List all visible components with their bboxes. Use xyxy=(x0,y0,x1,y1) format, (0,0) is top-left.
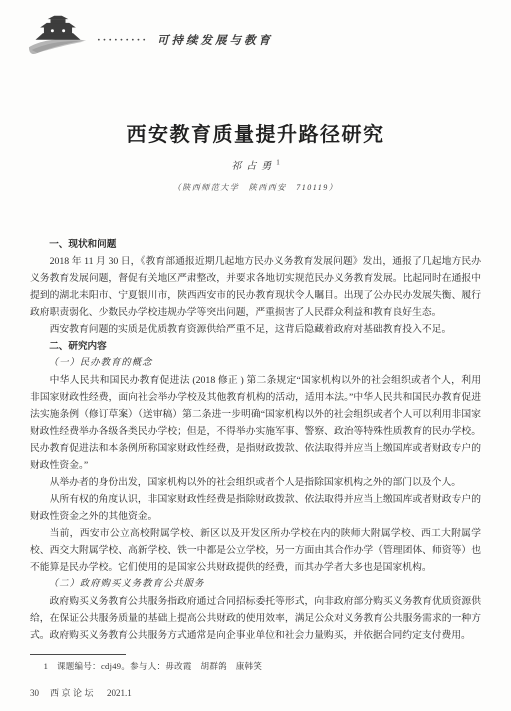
author-affiliation: （陕西师范大学 陕西西安 710119） xyxy=(0,182,511,193)
section-heading-2: 二、研究内容 xyxy=(30,338,481,355)
author-name: 祁占勇 xyxy=(231,161,276,172)
paragraph: 中华人民共和国民办教育促进法 (2018 修正 ) 第二条规定“国家机构以外的社… xyxy=(30,372,481,474)
paragraph: 2018 年 11 月 30 日，《教育部通报近期几起地方民办义务教育发展问题》… xyxy=(30,253,481,321)
footnote-divider xyxy=(30,654,126,655)
footnote-text: 1 课题编号：cdj49。参与人：毋改霞 胡群鸽 康韩笑 xyxy=(30,660,481,672)
header-dotted-leader: ········· xyxy=(97,35,148,46)
issue-number: 2021.1 xyxy=(107,688,132,698)
page-header: ········· 可持续发展与教育 xyxy=(28,14,273,56)
subsection-heading: （一）民办教育的概念 xyxy=(30,355,481,372)
paragraph: 从举办者的身份出发，国家机构以外的社会组织或者个人是指除国家机构之外的部门以及个… xyxy=(30,474,481,491)
author-footnote-mark: 1 xyxy=(276,159,280,167)
page-number: 30 xyxy=(30,688,39,698)
article-body: 一、现状和问题 2018 年 11 月 30 日，《教育部通报近期几起地方民办义… xyxy=(30,236,481,644)
page-footer: 30 西京论坛 2021.1 xyxy=(30,686,132,699)
column-title: 可持续发展与教育 xyxy=(157,32,273,48)
paragraph: 西安教育问题的实质是优质教育资源供给严重不足，这背后隐藏着政府对基础教育投入不足… xyxy=(30,321,481,338)
article-title: 西安教育质量提升路径研究 xyxy=(0,118,511,147)
paragraph: 从所有权的角度认识，非国家财政性经费是指除财政拨款、依法取得并应当上缴国库或者财… xyxy=(30,491,481,525)
paragraph: 当前，西安市公立高校附属学校、新区以及开发区所办学校在内的陕师大附属学校、西工大… xyxy=(30,525,481,576)
pagoda-road-logo-icon xyxy=(28,14,88,56)
paragraph: 政府购买义务教育公共服务指政府通过合同招标委托等形式，向非政府部分购买义务教育优… xyxy=(30,593,481,644)
journal-page: ········· 可持续发展与教育 西安教育质量提升路径研究 祁占勇1 （陕西… xyxy=(0,0,511,711)
journal-name: 西京论坛 xyxy=(50,686,96,699)
section-heading-1: 一、现状和问题 xyxy=(30,236,481,253)
subsection-heading: （二）政府购买义务教育公共服务 xyxy=(30,576,481,593)
author-line: 祁占勇1 xyxy=(0,157,511,172)
